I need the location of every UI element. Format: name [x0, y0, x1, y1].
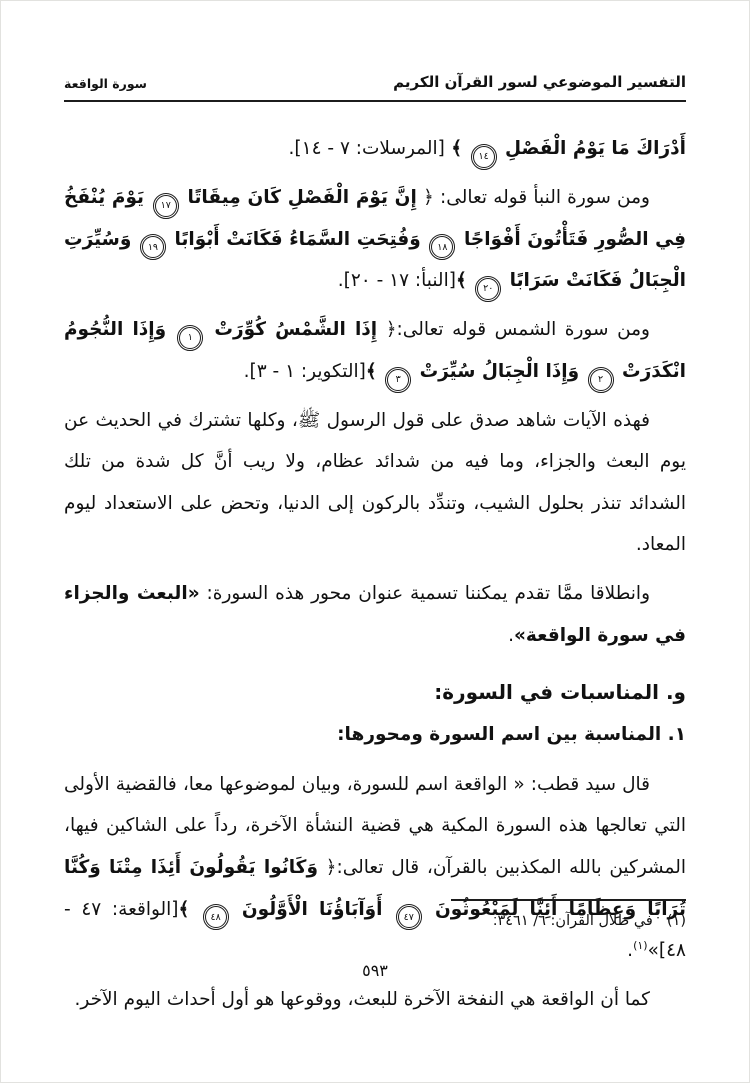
quran-text: إِنَّ يَوْمَ الْفَصْلِ كَانَ مِيقَاتًا	[181, 187, 417, 208]
paragraph-takwir-quote: ومن سورة الشمس قوله تعالى:﴿ إِذَا الشَّم…	[64, 309, 686, 393]
surah-title: سورة الواقعة	[64, 76, 147, 91]
commentary-text: ، وكلها تشترك في الحديث عن يوم البعث وال…	[64, 410, 686, 556]
quran-close-bracket: ﴾	[456, 270, 473, 291]
verse-citation: [النبأ: ١٧ - ٢٠].	[338, 270, 456, 291]
paragraph-intro: ومن سورة الشمس قوله تعالى:﴿	[377, 319, 650, 340]
verse-citation: [المرسلات: ٧ - ١٤].	[289, 138, 445, 159]
verse-number-badge: ٢	[588, 367, 614, 393]
section-heading-munasabat: و. المناسبات في السورة:	[64, 676, 686, 708]
quran-text: أَدْرَاكَ مَا يَوْمُ الْفَصْلِ	[499, 138, 686, 159]
page-number: ٥٩٣	[1, 961, 749, 980]
quran-text: إِذَا الشَّمْسُ كُوِّرَتْ	[205, 319, 377, 340]
paragraph-intro: ومن سورة النبأ قوله تعالى: ﴿	[417, 187, 650, 208]
quran-close-bracket: ﴾	[366, 361, 383, 382]
quran-text: وَإِذَا الْجِبَالُ سُيِّرَتْ	[413, 361, 585, 382]
footnote-area: (١) في ظلال القرآن: ٦/ ٣٤٦١.	[64, 899, 686, 934]
verse-number-badge: ٣	[385, 367, 411, 393]
page-header: التفسير الموضوعي لسور القرآن الكريم سورة…	[64, 1, 686, 102]
book-page: التفسير الموضوعي لسور القرآن الكريم سورة…	[0, 0, 750, 1083]
verse-number-badge: ٢٠	[475, 276, 501, 302]
footnote-divider	[451, 899, 686, 901]
paragraph-mursalat-quote-end: أَدْرَاكَ مَا يَوْمُ الْفَصْلِ ١٤ ﴾ [الم…	[64, 128, 686, 170]
commentary-text: فهذه الآيات شاهد صدق على قول الرسول	[320, 410, 650, 431]
footnote-marker: (١)	[667, 909, 686, 934]
verse-citation: [التكوير: ١ - ٣].	[244, 361, 366, 382]
paragraph-waqia-meaning: كما أن الواقعة هي النفخة الآخرة للبعث، و…	[64, 979, 686, 1021]
book-title: التفسير الموضوعي لسور القرآن الكريم	[393, 73, 686, 91]
verse-number-badge: ١٨	[429, 234, 455, 260]
footnote-text: في ظلال القرآن: ٦/ ٣٤٦١.	[493, 909, 653, 934]
subsection-heading-name-axis: ١. المناسبة بين اسم السورة ومحورها:	[64, 720, 686, 750]
quran-close-bracket: ﴾	[445, 138, 469, 159]
footnote-reference: (١)	[633, 939, 648, 952]
verse-number-badge: ١	[177, 325, 203, 351]
paragraph-commentary: فهذه الآيات شاهد صدق على قول الرسول ﷺ، و…	[64, 400, 686, 567]
verse-number-badge: ١٩	[140, 234, 166, 260]
paragraph-sayyid-qutb-quote: قال سيد قطب: « الواقعة اسم للسورة، وبيان…	[64, 764, 686, 972]
quran-text: وَفُتِحَتِ السَّمَاءُ فَكَانَتْ أَبْوَاب…	[168, 229, 427, 250]
pbuh-symbol: ﷺ	[298, 410, 320, 431]
verse-number-badge: ١٤	[471, 144, 497, 170]
theme-text: وانطلاقا ممَّا تقدم يمكننا تسمية عنوان م…	[200, 583, 650, 604]
page-body: أَدْرَاكَ مَا يَوْمُ الْفَصْلِ ١٤ ﴾ [الم…	[64, 102, 686, 1021]
verse-number-badge: ١٧	[153, 193, 179, 219]
paragraph-surah-theme: وانطلاقا ممَّا تقدم يمكننا تسمية عنوان م…	[64, 573, 686, 656]
footnote: (١) في ظلال القرآن: ٦/ ٣٤٦١.	[64, 909, 686, 934]
paragraph-naba-quote: ومن سورة النبأ قوله تعالى: ﴿ إِنَّ يَوْم…	[64, 177, 686, 302]
